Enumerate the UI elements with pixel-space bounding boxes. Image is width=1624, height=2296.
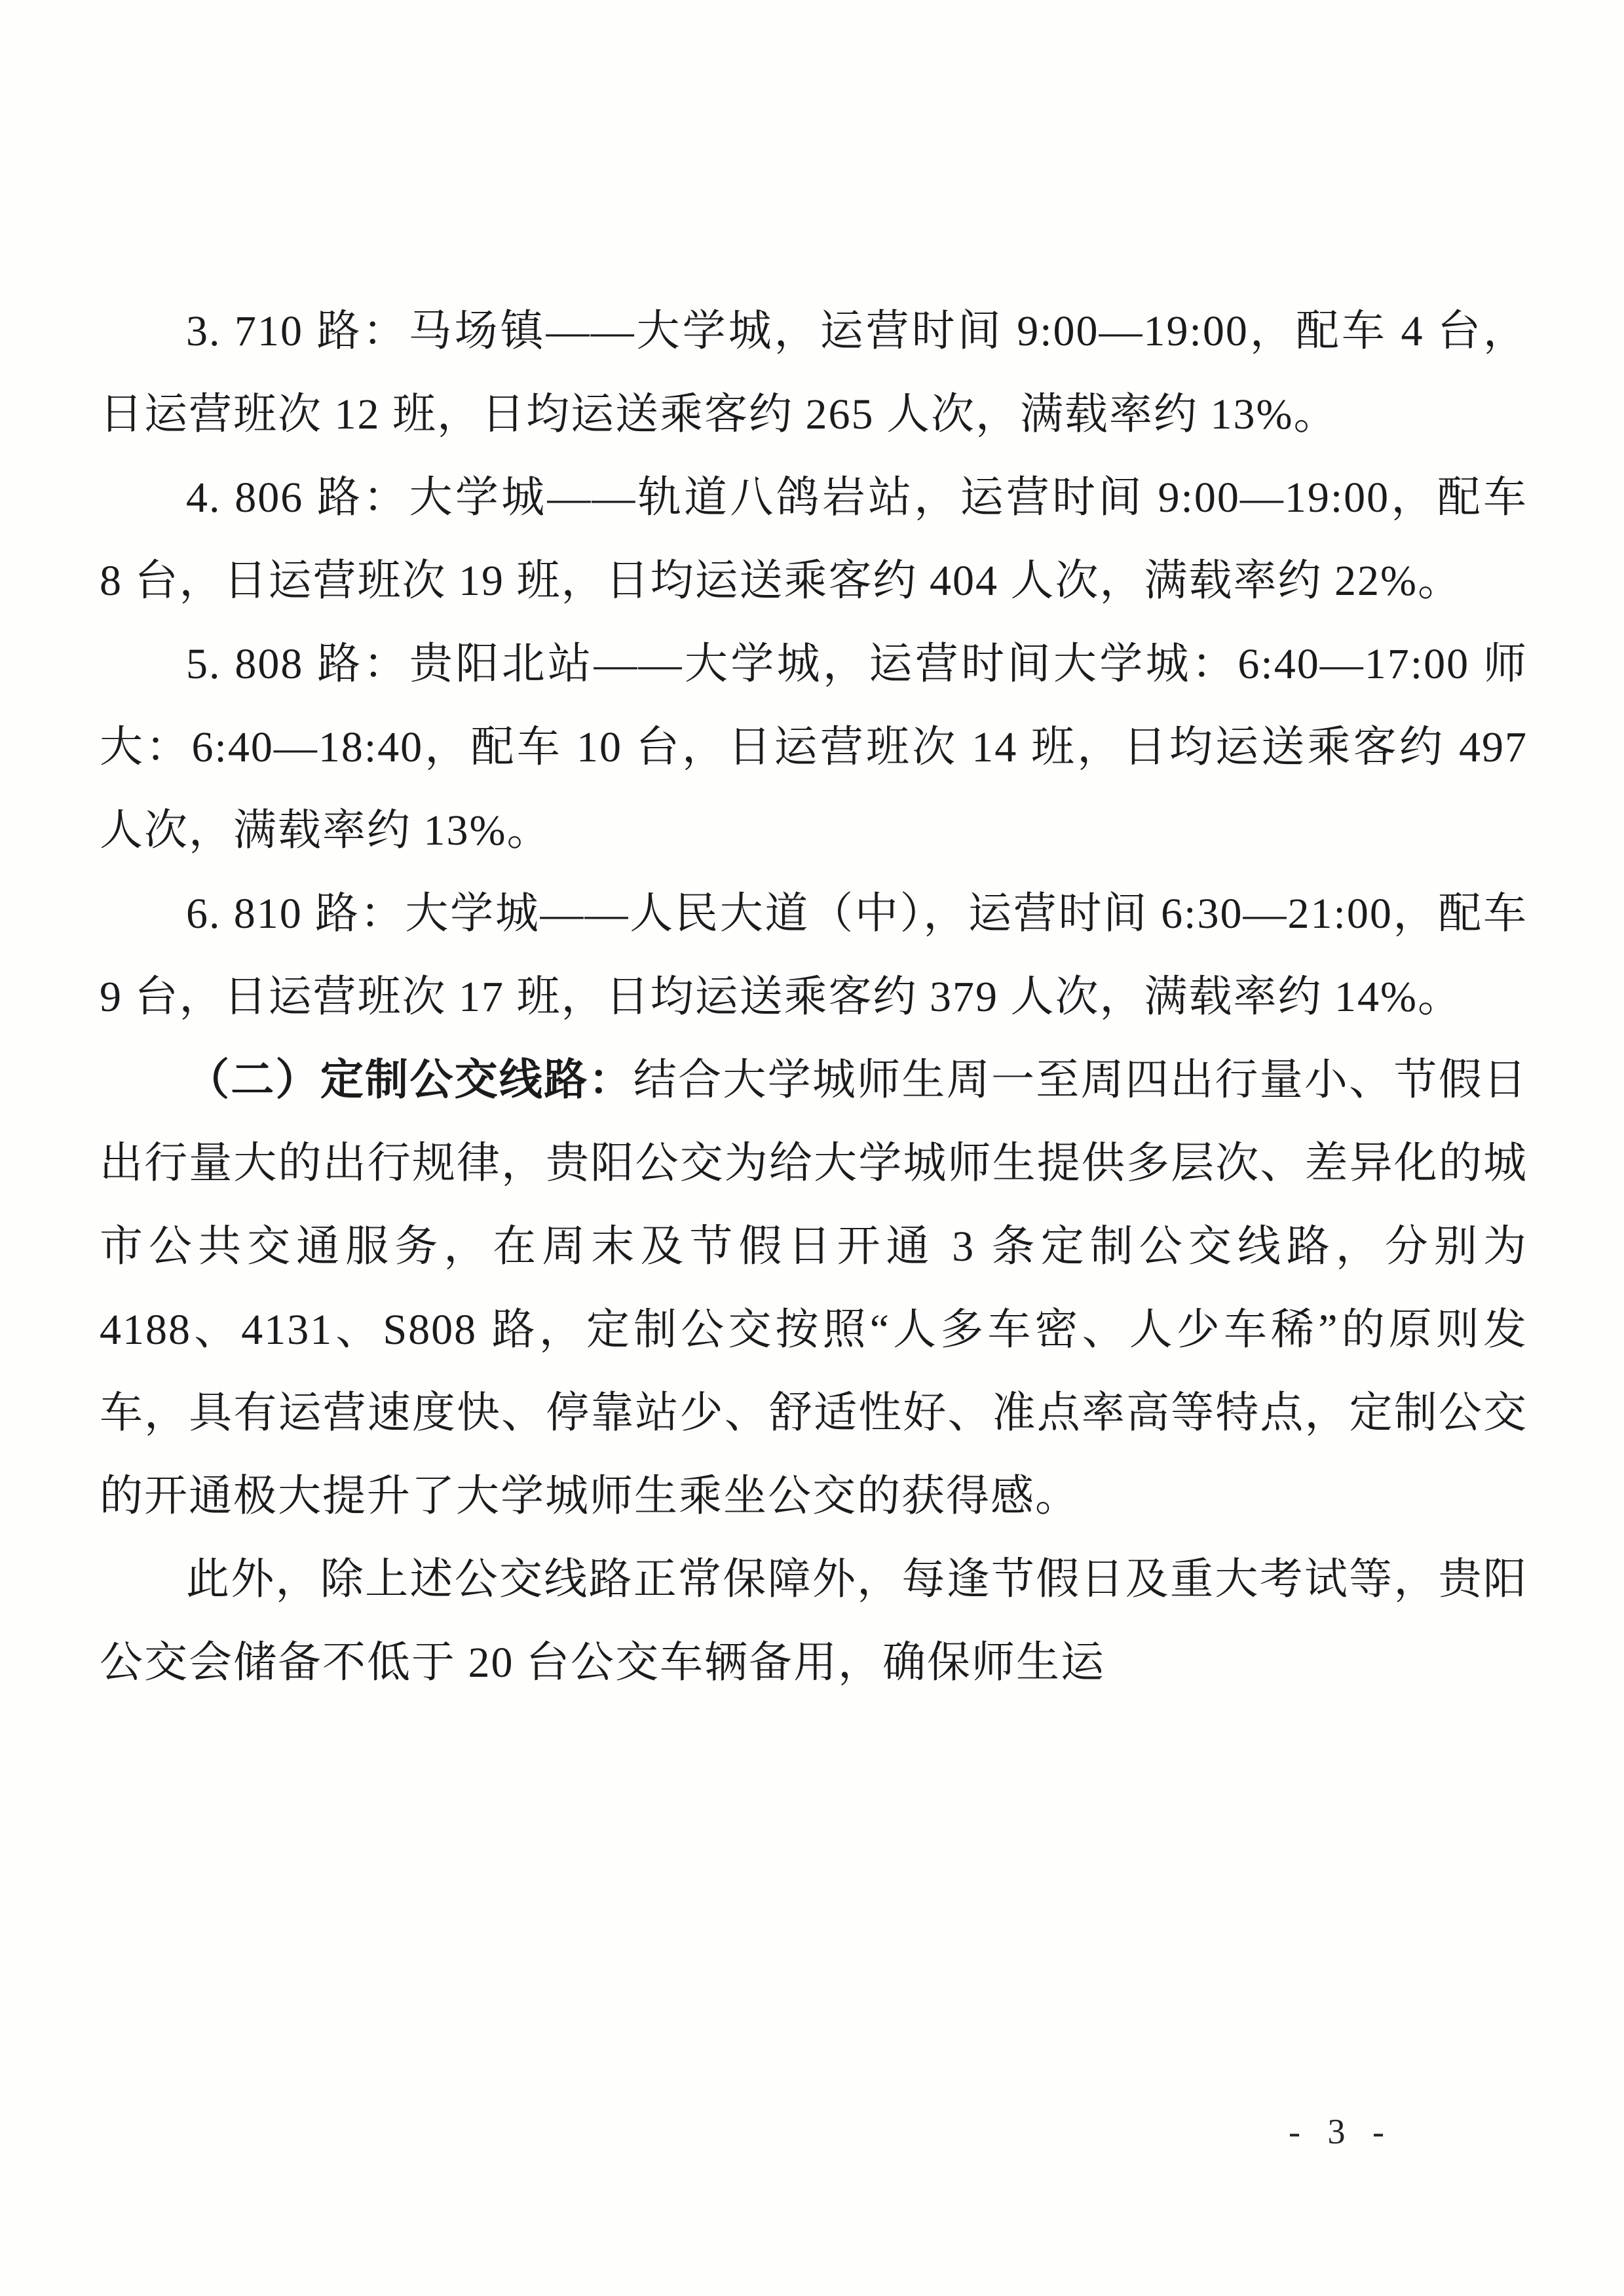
paragraph-route-806: 4. 806 路：大学城——轨道八鸽岩站，运营时间 9:00—19:00，配车 … xyxy=(100,456,1528,622)
paragraph-reserve-buses: 此外，除上述公交线路正常保障外，每逢节假日及重大考试等，贵阳公交会储备不低于 2… xyxy=(100,1538,1528,1704)
document-body: 3. 710 路：马场镇——大学城，运营时间 9:00—19:00，配车 4 台… xyxy=(100,290,1528,1704)
paragraph-text: 6. 810 路：大学城——人民大道（中），运营时间 6:30—21:00，配车… xyxy=(100,890,1528,1021)
paragraph-text: 5. 808 路：贵阳北站——大学城，运营时间大学城：6:40—17:00 师大… xyxy=(100,640,1528,854)
paragraph-text: 结合大学城师生周一至周四出行量小、节假日出行量大的出行规律，贵阳公交为给大学城师… xyxy=(100,1056,1528,1520)
document-page: 3. 710 路：马场镇——大学城，运营时间 9:00—19:00，配车 4 台… xyxy=(0,0,1624,2296)
paragraph-text: 此外，除上述公交线路正常保障外，每逢节假日及重大考试等，贵阳公交会储备不低于 2… xyxy=(100,1556,1528,1687)
paragraph-route-710: 3. 710 路：马场镇——大学城，运营时间 9:00—19:00，配车 4 台… xyxy=(100,290,1528,456)
paragraph-route-808: 5. 808 路：贵阳北站——大学城，运营时间大学城：6:40—17:00 师大… xyxy=(100,622,1528,872)
paragraph-route-810: 6. 810 路：大学城——人民大道（中），运营时间 6:30—21:00，配车… xyxy=(100,872,1528,1039)
paragraph-custom-bus-lines: （二）定制公交线路：结合大学城师生周一至周四出行量小、节假日出行量大的出行规律，… xyxy=(100,1039,1528,1538)
paragraph-lead-custom-bus: （二）定制公交线路： xyxy=(186,1056,633,1104)
paragraph-text: 3. 710 路：马场镇——大学城，运营时间 9:00—19:00，配车 4 台… xyxy=(100,307,1528,438)
paragraph-text: 4. 806 路：大学城——轨道八鸽岩站，运营时间 9:00—19:00，配车 … xyxy=(100,474,1528,605)
page-number: - 3 - xyxy=(1289,2111,1393,2152)
